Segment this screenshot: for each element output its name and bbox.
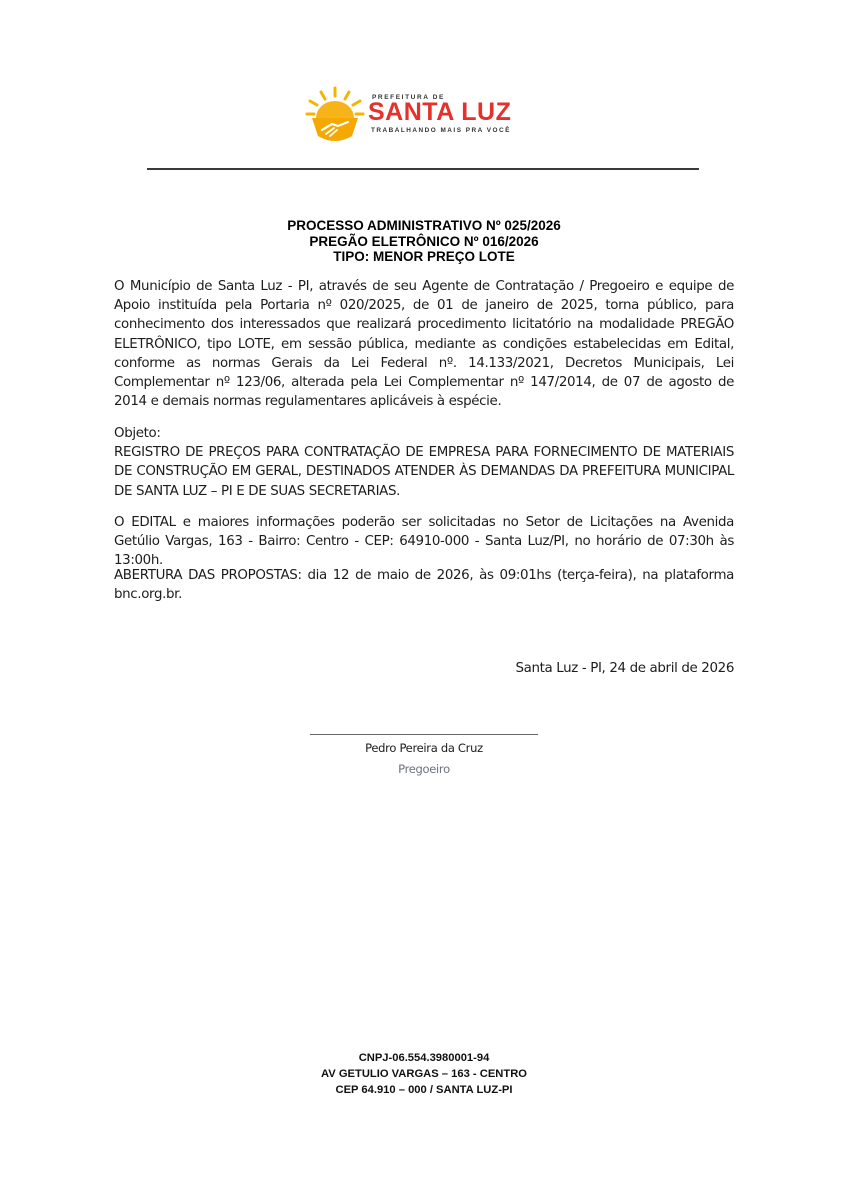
opening-paragraph: ABERTURA DAS PROPOSTAS: dia 12 de maio d… [114, 566, 734, 604]
footer-address: CNPJ-06.554.3980001-94 AV GETULIO VARGAS… [0, 1050, 848, 1098]
footer-cnpj: CNPJ-06.554.3980001-94 [0, 1050, 848, 1066]
sun-handshake-icon [304, 86, 366, 144]
date-line: Santa Luz - PI, 24 de abril de 2026 [515, 661, 734, 676]
header-divider [147, 168, 699, 170]
footer-street: AV GETULIO VARGAS – 163 - CENTRO [0, 1066, 848, 1082]
logo-slogan: TRABALHANDO MAIS PRA VOCÊ [371, 127, 511, 134]
signature-line [310, 734, 538, 735]
signer-name: Pedro Pereira da Cruz [310, 741, 538, 755]
process-title: PROCESSO ADMINISTRATIVO Nº 025/2026 [0, 218, 848, 234]
document-titles: PROCESSO ADMINISTRATIVO Nº 025/2026 PREG… [0, 218, 848, 265]
signer-role: Pregoeiro [310, 762, 538, 776]
logo-name: SANTA LUZ [368, 99, 511, 125]
object-section: Objeto: REGISTRO DE PREÇOS PARA CONTRATA… [114, 424, 734, 501]
object-description: REGISTRO DE PREÇOS PARA CONTRATAÇÃO DE E… [114, 443, 734, 501]
object-label: Objeto: [114, 424, 734, 443]
edital-paragraph: O EDITAL e maiores informações poderão s… [114, 513, 734, 571]
type-title: TIPO: MENOR PREÇO LOTE [0, 249, 848, 265]
footer-cep: CEP 64.910 – 000 / SANTA LUZ-PI [0, 1082, 848, 1098]
intro-paragraph: O Município de Santa Luz - PI, através d… [114, 277, 734, 411]
municipality-logo: PREFEITURA DE SANTA LUZ TRABALHANDO MAIS… [304, 86, 549, 144]
auction-title: PREGÃO ELETRÔNICO Nº 016/2026 [0, 234, 848, 250]
